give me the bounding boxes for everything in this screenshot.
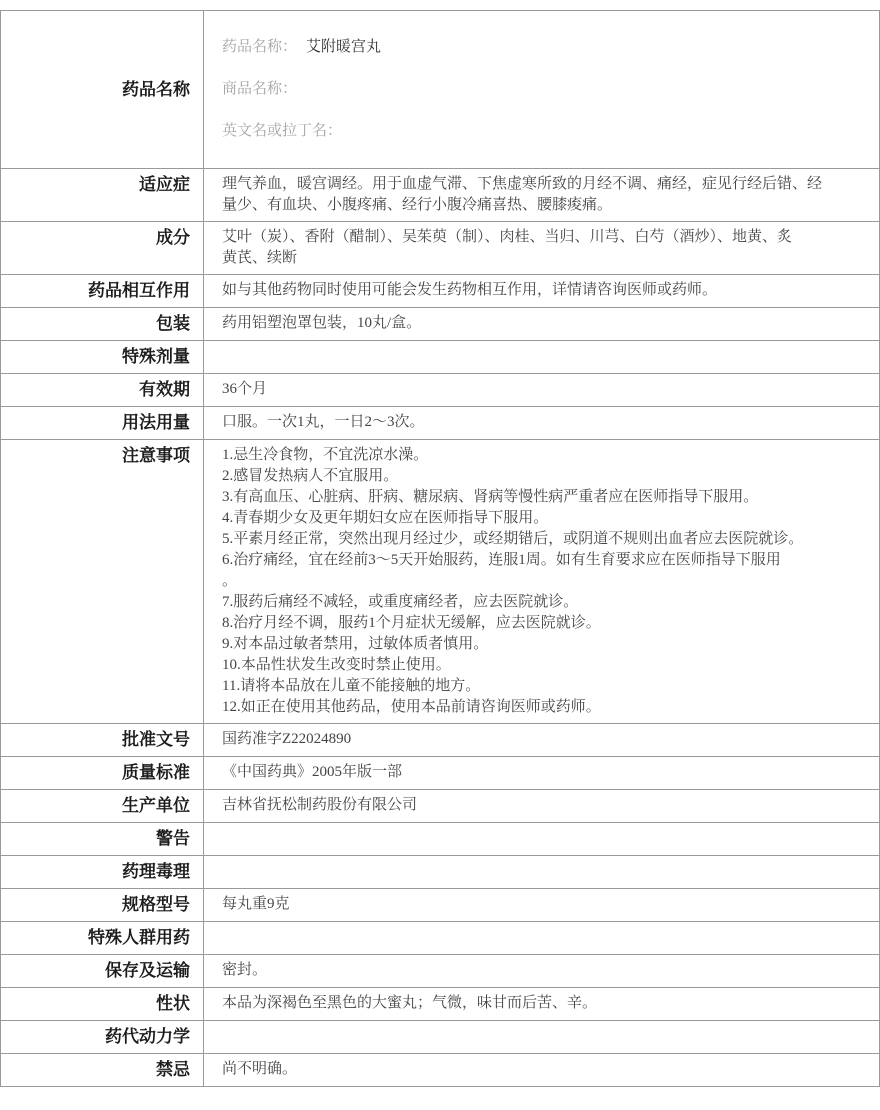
trade-name-label: 商品名称： (222, 81, 297, 97)
row-precautions-value: 1.忌生冷食物，不宜洗凉水澡。 2.感冒发热病人不宜服用。 3.有高血压、心脏病… (204, 440, 879, 723)
row-drug-interactions-label: 药品相互作用 (1, 275, 204, 307)
row-special-population: 特殊人群用药 (1, 922, 879, 955)
row-quality-standard: 质量标准 《中国药典》2005年版一部 (1, 757, 879, 790)
row-drug-name-value: 药品名称：艾附暖宫丸 商品名称： 英文名或拉丁名： (204, 11, 879, 168)
row-packaging: 包装 药用铝塑泡罩包装，10丸/盒。 (1, 308, 879, 341)
row-contraindications-label: 禁忌 (1, 1054, 204, 1086)
row-description: 性状 本品为深褐色至黑色的大蜜丸；气微，味甘而后苦、辛。 (1, 988, 879, 1021)
generic-name-value: 艾附暖宫丸 (306, 39, 381, 55)
row-manufacturer: 生产单位 吉林省抚松制药股份有限公司 (1, 790, 879, 823)
row-precautions: 注意事项 1.忌生冷食物，不宜洗凉水澡。 2.感冒发热病人不宜服用。 3.有高血… (1, 440, 879, 724)
row-approval-number: 批准文号 国药准字Z22024890 (1, 724, 879, 757)
row-description-label: 性状 (1, 988, 204, 1020)
row-special-dosage: 特殊剂量 (1, 341, 879, 374)
row-pharmacokinetics-label: 药代动力学 (1, 1021, 204, 1053)
row-pharmacology-toxicology-label: 药理毒理 (1, 856, 204, 888)
row-drug-name-label: 药品名称 (1, 11, 204, 168)
row-specification-value: 每丸重9克 (204, 889, 879, 921)
row-storage-transport-value: 密封。 (204, 955, 879, 987)
row-packaging-value: 药用铝塑泡罩包装，10丸/盒。 (204, 308, 879, 340)
row-drug-interactions-value: 如与其他药物同时使用可能会发生药物相互作用，详情请咨询医师或药师。 (204, 275, 879, 307)
row-usage-dosage-value: 口服。一次1丸，一日2～3次。 (204, 407, 879, 439)
row-shelf-life: 有效期 36个月 (1, 374, 879, 407)
row-indications: 适应症 理气养血，暖宫调经。用于血虚气滞、下焦虚寒所致的月经不调、痛经，症见行经… (1, 169, 879, 222)
row-manufacturer-label: 生产单位 (1, 790, 204, 822)
row-shelf-life-label: 有效期 (1, 374, 204, 406)
english-name-line: 英文名或拉丁名： (222, 121, 867, 142)
drug-info-page: 药品名称 药品名称：艾附暖宫丸 商品名称： 英文名或拉丁名： 适应症 理气养血，… (0, 0, 880, 1110)
drug-info-table: 药品名称 药品名称：艾附暖宫丸 商品名称： 英文名或拉丁名： 适应症 理气养血，… (0, 10, 880, 1087)
row-indications-value: 理气养血，暖宫调经。用于血虚气滞、下焦虚寒所致的月经不调、痛经，症见行经后错、经… (204, 169, 879, 221)
trade-name-line: 商品名称： (222, 79, 867, 100)
row-quality-standard-label: 质量标准 (1, 757, 204, 789)
row-warning: 警告 (1, 823, 879, 856)
row-description-value: 本品为深褐色至黑色的大蜜丸；气微，味甘而后苦、辛。 (204, 988, 879, 1020)
row-specification-label: 规格型号 (1, 889, 204, 921)
row-storage-transport: 保存及运输 密封。 (1, 955, 879, 988)
row-drug-interactions: 药品相互作用 如与其他药物同时使用可能会发生药物相互作用，详情请咨询医师或药师。 (1, 275, 879, 308)
row-special-dosage-label: 特殊剂量 (1, 341, 204, 373)
row-pharmacology-toxicology: 药理毒理 (1, 856, 879, 889)
row-shelf-life-value: 36个月 (204, 374, 879, 406)
row-usage-dosage: 用法用量 口服。一次1丸，一日2～3次。 (1, 407, 879, 440)
row-drug-name: 药品名称 药品名称：艾附暖宫丸 商品名称： 英文名或拉丁名： (1, 11, 879, 169)
row-pharmacokinetics-value (204, 1021, 879, 1053)
row-indications-label: 适应症 (1, 169, 204, 221)
row-approval-number-value: 国药准字Z22024890 (204, 724, 879, 756)
row-ingredients: 成分 艾叶（炭）、香附（醋制）、吴茱萸（制）、肉桂、当归、川芎、白芍（酒炒）、地… (1, 222, 879, 275)
row-precautions-label: 注意事项 (1, 440, 204, 723)
generic-name-label: 药品名称： (222, 39, 297, 55)
generic-name-line: 药品名称：艾附暖宫丸 (222, 37, 867, 58)
row-ingredients-label: 成分 (1, 222, 204, 274)
row-special-population-value (204, 922, 879, 954)
row-packaging-label: 包装 (1, 308, 204, 340)
row-warning-label: 警告 (1, 823, 204, 855)
row-pharmacology-toxicology-value (204, 856, 879, 888)
row-quality-standard-value: 《中国药典》2005年版一部 (204, 757, 879, 789)
row-special-population-label: 特殊人群用药 (1, 922, 204, 954)
row-pharmacokinetics: 药代动力学 (1, 1021, 879, 1054)
row-special-dosage-value (204, 341, 879, 373)
row-manufacturer-value: 吉林省抚松制药股份有限公司 (204, 790, 879, 822)
row-warning-value (204, 823, 879, 855)
row-approval-number-label: 批准文号 (1, 724, 204, 756)
row-ingredients-value: 艾叶（炭）、香附（醋制）、吴茱萸（制）、肉桂、当归、川芎、白芍（酒炒）、地黄、炙… (204, 222, 879, 274)
row-specification: 规格型号 每丸重9克 (1, 889, 879, 922)
row-usage-dosage-label: 用法用量 (1, 407, 204, 439)
row-contraindications-value: 尚不明确。 (204, 1054, 879, 1086)
row-contraindications: 禁忌 尚不明确。 (1, 1054, 879, 1087)
row-storage-transport-label: 保存及运输 (1, 955, 204, 987)
english-name-label: 英文名或拉丁名： (222, 123, 342, 139)
